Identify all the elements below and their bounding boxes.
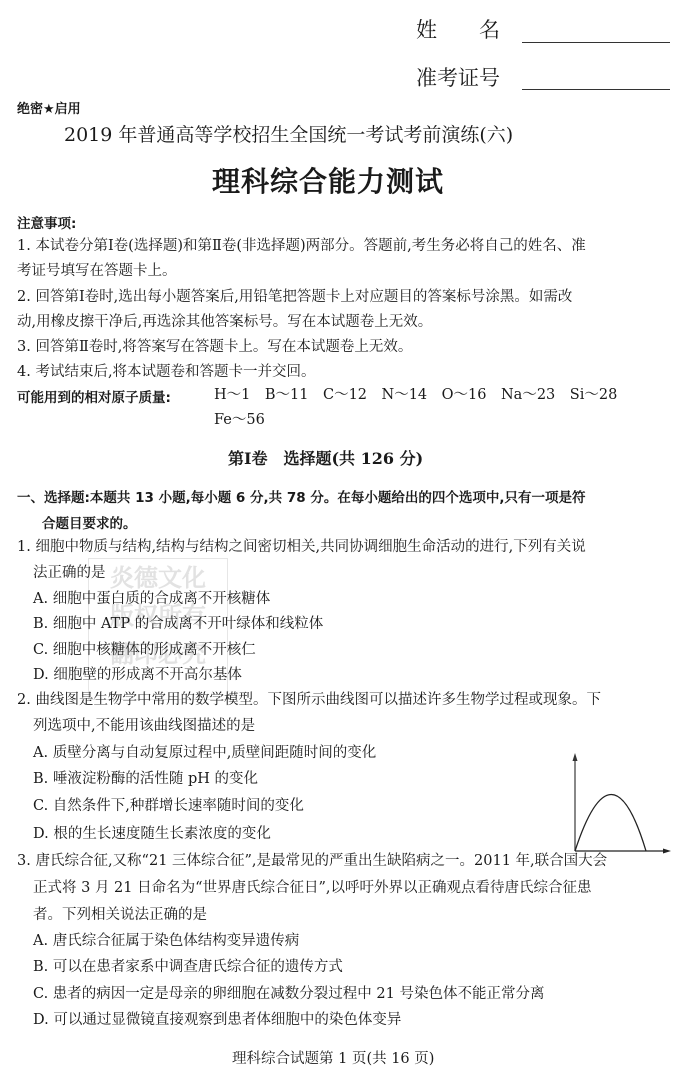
parabola-curve — [575, 795, 646, 852]
y-axis-arrow-icon — [573, 753, 578, 851]
name-label: 姓 名 — [416, 14, 500, 44]
notice-item: 动,用橡皮擦干净后,再选涂其他答案标号。写在本试题卷上无效。 — [17, 312, 432, 332]
notice-item: 3. 回答第Ⅱ卷时,将答案写在答题卡上。写在本试题卷上无效。 — [17, 337, 412, 357]
question-1-option-a[interactable]: A. 细胞中蛋白质的合成离不开核糖体 — [33, 589, 270, 609]
confidential-label: 绝密★启用 — [17, 98, 81, 117]
question-3-option-d[interactable]: D. 可以通过显微镜直接观察到患者体细胞中的染色体变异 — [33, 1010, 401, 1030]
question-2-option-a[interactable]: A. 质壁分离与自动复原过程中,质壁间距随时间的变化 — [33, 743, 376, 763]
exam-id-label: 准考证号 — [416, 62, 500, 92]
question-1-stem: 1. 细胞中物质与结构,结构与结构之间密切相关,共同协调细胞生命活动的进行,下列… — [17, 537, 586, 557]
name-field[interactable] — [522, 42, 670, 43]
notice-item: 4. 考试结束后,将本试题卷和答题卡一并交回。 — [17, 362, 316, 382]
question-3-option-a[interactable]: A. 唐氏综合征属于染色体结构变异遗传病 — [33, 931, 299, 951]
question-2-stem: 2. 曲线图是生物学中常用的数学模型。下图所示曲线图可以描述许多生物学过程或现象… — [17, 690, 601, 710]
question-3-stem-cont: 正式将 3 月 21 日命名为“世界唐氏综合征日”,以呼吁外界以正确观点看待唐氏… — [33, 878, 592, 898]
page-footer: 理科综合试题第 1 页(共 16 页) — [232, 1047, 434, 1068]
notice-item: 2. 回答第Ⅰ卷时,选出每小题答案后,用铅笔把答题卡上对应题目的答案标号涂黑。如… — [17, 287, 572, 307]
exam-subtitle: 2019 年普通高等学校招生全国统一考试考前演练(六) — [64, 120, 513, 147]
question-3-stem: 3. 唐氏综合征,又称“21 三体综合征”,是最常见的严重出生缺陷病之一。201… — [17, 851, 607, 871]
atomic-mass-label: 可能用到的相对原子质量: — [17, 386, 171, 406]
curve-graph — [568, 750, 672, 858]
section-instruction-cont: 合题目要求的。 — [42, 512, 137, 532]
question-1-stem-cont: 法正确的是 — [33, 563, 106, 583]
notice-heading: 注意事项: — [17, 212, 76, 232]
notice-item: 考证号填写在答题卡上。 — [17, 261, 177, 281]
question-3-option-b[interactable]: B. 可以在患者家系中调查唐氏综合征的遗传方式 — [33, 957, 343, 977]
question-1-option-b[interactable]: B. 细胞中 ATP 的合成离不开叶绿体和线粒体 — [33, 614, 323, 634]
question-2-option-c[interactable]: C. 自然条件下,种群增长速率随时间的变化 — [33, 796, 304, 816]
notice-item: 1. 本试卷分第Ⅰ卷(选择题)和第Ⅱ卷(非选择题)两部分。答题前,考生务必将自己… — [17, 236, 586, 256]
question-2-option-d[interactable]: D. 根的生长速度随生长素浓度的变化 — [33, 824, 271, 844]
section-title: 第Ⅰ卷 选择题(共 126 分) — [228, 446, 423, 469]
question-1-option-c[interactable]: C. 细胞中核糖体的形成离不开核仁 — [33, 640, 256, 660]
exam-title: 理科综合能力测试 — [212, 160, 444, 200]
atomic-mass-values: H～1 B～11 C～12 N～14 O～16 Na～23 Si～28 — [214, 385, 617, 405]
exam-id-field[interactable] — [522, 89, 670, 90]
question-1-option-d[interactable]: D. 细胞壁的形成离不开高尔基体 — [33, 665, 242, 685]
atomic-mass-values-cont: Fe～56 — [214, 410, 265, 430]
question-2-option-b[interactable]: B. 唾液淀粉酶的活性随 pH 的变化 — [33, 769, 258, 789]
question-3-option-c[interactable]: C. 患者的病因一定是母亲的卵细胞在减数分裂过程中 21 号染色体不能正常分离 — [33, 984, 544, 1004]
question-3-stem-cont2: 者。下列相关说法正确的是 — [33, 905, 207, 925]
question-2-stem-cont: 列选项中,不能用该曲线图描述的是 — [33, 716, 255, 736]
section-instruction: 一、选择题:本题共 13 小题,每小题 6 分,共 78 分。在每小题给出的四个… — [17, 486, 585, 506]
